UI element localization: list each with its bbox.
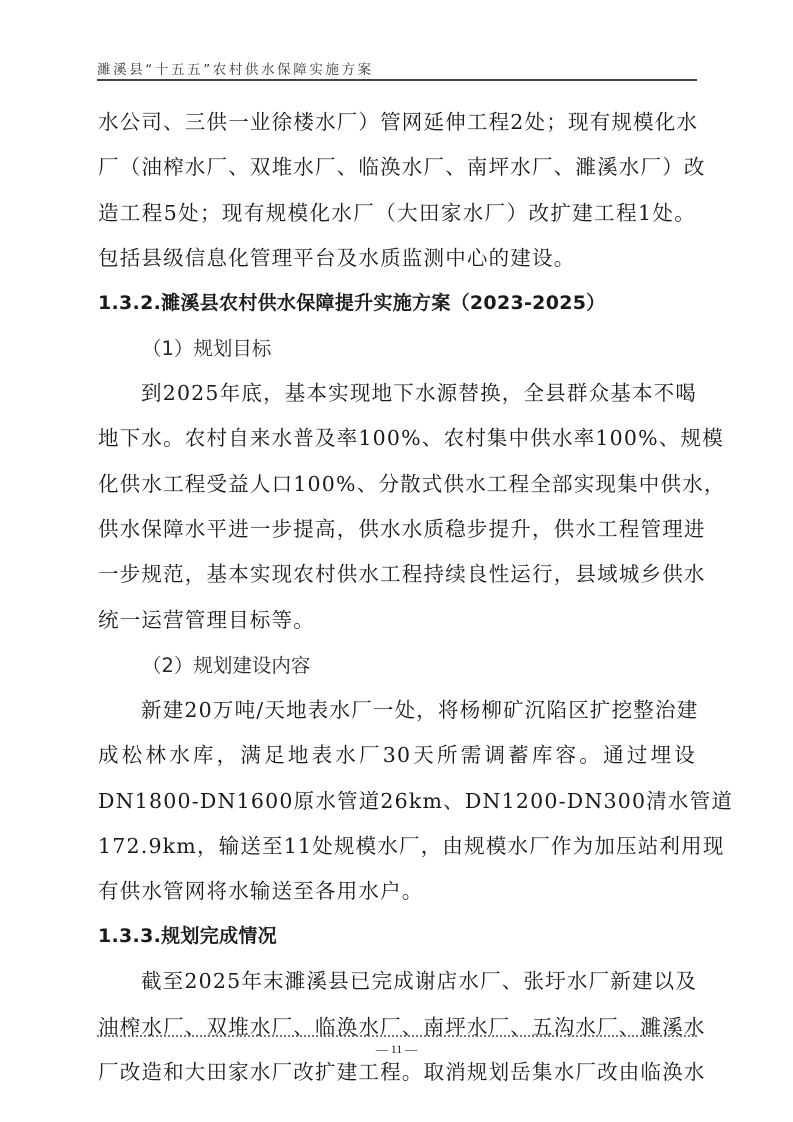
text-line: 截至2025年末濉溪县已完成谢店水厂、张圩水厂新建以及 bbox=[98, 959, 696, 1004]
page-number: — 11 — bbox=[0, 1042, 793, 1057]
goals-paragraph: 到2025年底，基本实现地下水源替换，全县群众基本不喝 地下水。农村自来水普及率… bbox=[98, 371, 696, 643]
section-heading-1-3-2: 1.3.2.濉溪县农村供水保障提升实施方案（2023-2025） bbox=[98, 281, 696, 326]
text-line: 水公司、三供一业徐楼水厂）管网延伸工程2处；现有规模化水 bbox=[98, 100, 696, 145]
subsection-title-goals: （1）规划目标 bbox=[98, 326, 696, 371]
footer-divider bbox=[97, 1035, 697, 1037]
text-line: 有供水管网将水输送至各用水户。 bbox=[98, 869, 696, 914]
document-body: 水公司、三供一业徐楼水厂）管网延伸工程2处；现有规模化水 厂（油榨水厂、双堆水厂… bbox=[98, 100, 696, 1095]
section-heading-1-3-3: 1.3.3.规划完成情况 bbox=[98, 914, 696, 959]
document-title: 濉溪县“十五五”农村供水保障实施方案 bbox=[97, 58, 374, 78]
text-line: 供水保障水平进一步提高，供水水质稳步提升，供水工程管理进 bbox=[98, 507, 696, 552]
text-line: 成松林水库，满足地表水厂30天所需调蓄库容。通过埋设 bbox=[98, 733, 696, 778]
text-line: 新建20万吨/天地表水厂一处，将杨柳矿沉陷区扩挖整治建 bbox=[98, 688, 696, 733]
text-line: 统一运营管理目标等。 bbox=[98, 598, 696, 643]
text-line: 到2025年底，基本实现地下水源替换，全县群众基本不喝 bbox=[98, 371, 696, 416]
text-line: 地下水。农村自来水普及率100%、农村集中供水率100%、规模 bbox=[98, 416, 696, 461]
completion-paragraph: 截至2025年末濉溪县已完成谢店水厂、张圩水厂新建以及 油榨水厂、双堆水厂、临涣… bbox=[98, 959, 696, 1095]
header-divider bbox=[97, 79, 697, 81]
subsection-title-construction: （2）规划建设内容 bbox=[98, 643, 696, 688]
text-line: 造工程5处；现有规模化水厂（大田家水厂）改扩建工程1处。 bbox=[98, 191, 696, 236]
text-line: 包括县级信息化管理平台及水质监测中心的建设。 bbox=[98, 236, 696, 281]
page-header: 濉溪县“十五五”农村供水保障实施方案 bbox=[97, 52, 695, 82]
text-line: 厂（油榨水厂、双堆水厂、临涣水厂、南坪水厂、濉溪水厂）改 bbox=[98, 145, 696, 190]
text-line: 化供水工程受益人口100%、分散式供水工程全部实现集中供水， bbox=[98, 462, 696, 507]
intro-paragraph: 水公司、三供一业徐楼水厂）管网延伸工程2处；现有规模化水 厂（油榨水厂、双堆水厂… bbox=[98, 100, 696, 281]
construction-paragraph: 新建20万吨/天地表水厂一处，将杨柳矿沉陷区扩挖整治建 成松林水库，满足地表水厂… bbox=[98, 688, 696, 914]
text-line: 172.9km，输送至11处规模水厂，由规模水厂作为加压站利用现 bbox=[98, 824, 696, 869]
text-line: 一步规范，基本实现农村供水工程持续良性运行，县域城乡供水 bbox=[98, 552, 696, 597]
text-line: DN1800-DN1600原水管道26km、DN1200-DN300清水管道 bbox=[98, 779, 696, 824]
